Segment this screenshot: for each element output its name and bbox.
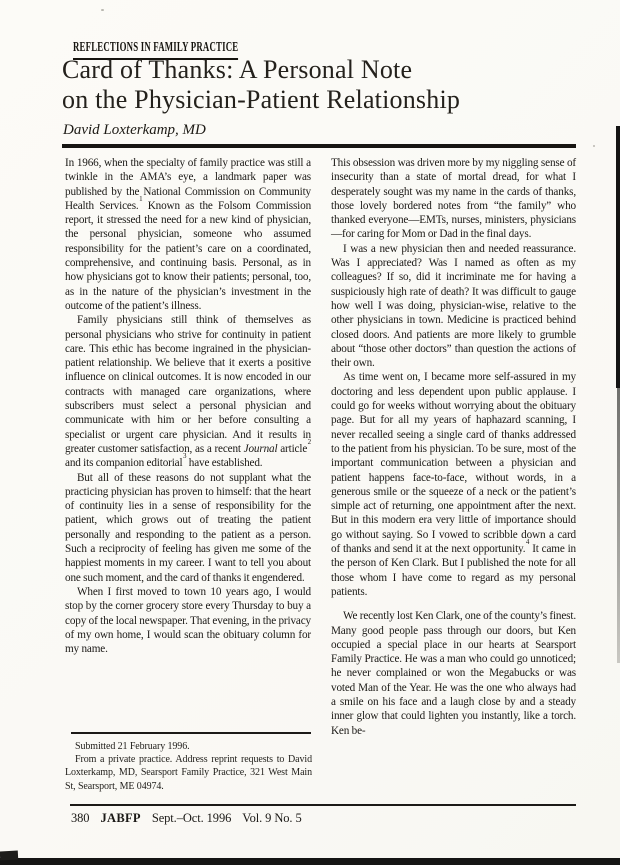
paragraph: I was a new physician then and needed re… [331, 242, 576, 371]
scan-speck [593, 145, 595, 147]
paragraph: In 1966, when the specialty of family pr… [65, 156, 311, 313]
paragraph: This obsession was driven more by my nig… [331, 156, 576, 242]
author-byline: David Loxterkamp, MD [63, 122, 206, 139]
journal-abbreviation: JABFP [100, 811, 140, 826]
page-footer: 380 JABFP Sept.–Oct. 1996 Vol. 9 No. 5 [71, 811, 302, 826]
paragraph: We recently lost Ken Clark, one of the c… [331, 609, 576, 738]
scan-artifact-bottom-blob [0, 851, 18, 861]
footnote-block: Submitted 21 February 1996.From a privat… [65, 740, 312, 793]
paragraph: Submitted 21 February 1996. [65, 740, 312, 753]
paragraph: But all of these reasons do not supplant… [65, 471, 311, 585]
volume-number: Vol. 9 No. 5 [242, 811, 301, 826]
footnote-rule [71, 732, 311, 734]
left-column: In 1966, when the specialty of family pr… [65, 156, 311, 656]
paragraph: As time went on, I became more self-assu… [331, 370, 576, 599]
article-title: Card of Thanks: A Personal Noteon the Ph… [62, 55, 582, 114]
paragraph: When I first moved to town 10 years ago,… [65, 585, 311, 656]
article-title-line2: on the Physician-Patient Relationship [62, 85, 460, 114]
scan-artifact-right-dark [616, 126, 620, 388]
journal-page: REFLECTIONS IN FAMILY PRACTICE Card of T… [0, 0, 620, 865]
paragraph: From a private practice. Address reprint… [65, 753, 312, 793]
issue-date: Sept.–Oct. 1996 [152, 811, 231, 826]
right-column: This obsession was driven more by my nig… [331, 156, 576, 738]
scan-speck [101, 9, 104, 11]
footer-rule [70, 804, 576, 806]
header-rule [62, 144, 576, 148]
paragraph: Family physicians still think of themsel… [65, 313, 311, 470]
scan-artifact-bottom-bar [0, 858, 620, 865]
page-number: 380 [71, 811, 89, 826]
article-title-line1: Card of Thanks: A Personal Note [62, 55, 412, 84]
